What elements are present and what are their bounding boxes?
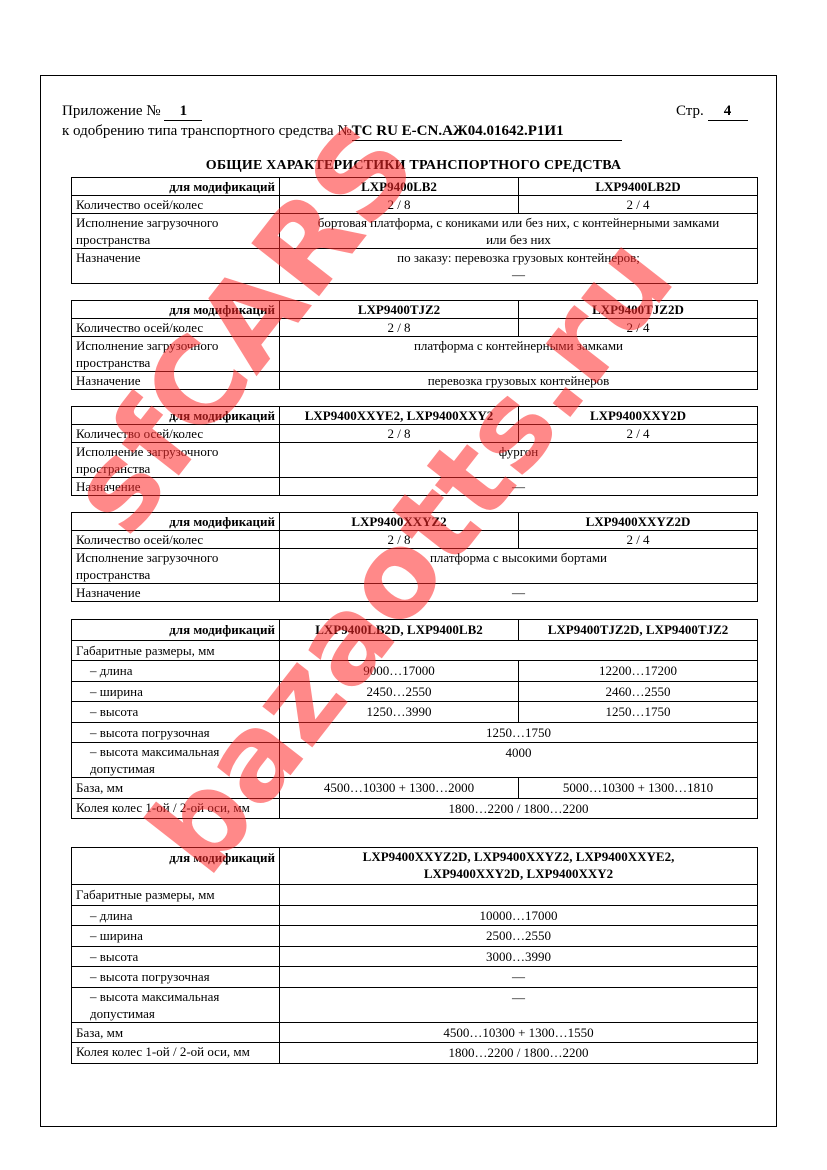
table-row: – высота погрузочная — [72,967,758,988]
table-row: База, мм 4500…10300 + 1300…1550 [72,1022,758,1043]
mods-line-2: LXP9400XXY2D, LXP9400XXY2 [284,865,753,882]
axles-a: 2 / 8 [280,319,519,337]
axles-label: Количество осей/колес [72,319,280,337]
height-a: 1250…3990 [280,702,519,723]
base-b: 5000…10300 + 1300…1810 [519,778,758,799]
table-row: Назначение — [72,478,758,496]
height-label: – высота [72,946,280,967]
mod-b: LXP9400TJZ2D, LXP9400TJZ2 [519,620,758,641]
page-number-line: Стр. 4 [676,102,748,121]
dims-label: Габаритные размеры, мм [72,885,280,906]
track-value: 1800…2200 / 1800…2200 [280,798,758,819]
dimensions-table-2: для модификаций LXP9400XXYZ2D, LXP9400XX… [71,847,758,1064]
table-row: для модификаций LXP9400LB2 LXP9400LB2D [72,178,758,196]
table-row: – ширина 2450…2550 2460…2550 [72,681,758,702]
table-row: для модификаций LXP9400TJZ2 LXP9400TJZ2D [72,301,758,319]
mod-b: LXP9400XXY2D [519,407,758,425]
load-height-label: – высота погрузочная [72,967,280,988]
mods-line-1: LXP9400XXYZ2D, LXP9400XXYZ2, LXP9400XXYE… [284,848,753,865]
mod-a: LXP9400LB2D, LXP9400LB2 [280,620,519,641]
page-title: ОБЩИЕ ХАРАКТЕРИСТИКИ ТРАНСПОРТНОГО СРЕДС… [0,158,827,174]
table-row: Назначение перевозка грузовых контейнеро… [72,372,758,390]
table-row: – длина 9000…17000 12200…17200 [72,661,758,682]
table-row: для модификаций LXP9400XXYZ2D, LXP9400XX… [72,848,758,885]
load-height-value: — [280,967,758,988]
page-number: 4 [724,103,732,119]
load-height-label: – высота погрузочная [72,722,280,743]
table-row: для модификаций LXP9400XXYZ2 LXP9400XXYZ… [72,513,758,531]
axles-a: 2 / 8 [280,425,519,443]
max-height-value: 4000 [280,743,758,778]
cargo-value: платформа с высокими бортами [280,549,758,584]
table-row: Колея колес 1-ой / 2-ой оси, мм 1800…220… [72,798,758,819]
table-row: для модификаций LXP9400XXYE2, LXP9400XXY… [72,407,758,425]
for-mods-label: для модификаций [72,848,280,885]
mods-value: LXP9400XXYZ2D, LXP9400XXYZ2, LXP9400XXYE… [280,848,758,885]
purpose-line-1: по заказу: перевозка грузовых контейнеро… [284,249,753,266]
for-mods-label: для модификаций [72,513,280,531]
table-row: – высота максимальная допустимая — [72,987,758,1022]
cargo-label: Исполнение загрузочного пространства [72,443,280,478]
axles-a: 2 / 8 [280,196,519,214]
spec-table-4: для модификаций LXP9400XXYZ2 LXP9400XXYZ… [71,512,758,602]
cargo-label: Исполнение загрузочного пространства [72,337,280,372]
appendix-line: Приложение № 1 [62,102,202,121]
for-mods-label: для модификаций [72,407,280,425]
table-row: Габаритные размеры, мм [72,640,758,661]
dims-label: Габаритные размеры, мм [72,640,280,661]
table-row: – длина 10000…17000 [72,905,758,926]
for-mods-label: для модификаций [72,301,280,319]
purpose-value: — [280,478,758,496]
appendix-number: 1 [180,103,188,119]
max-height-value: — [280,987,758,1022]
for-mods-label: для модификаций [72,178,280,196]
length-b: 12200…17200 [519,661,758,682]
track-label: Колея колес 1-ой / 2-ой оси, мм [72,798,280,819]
mod-a: LXP9400XXYZ2 [280,513,519,531]
page-label: Стр. [676,103,704,119]
approval-line: к одобрению типа транспортного средства … [62,122,622,141]
table-row: Количество осей/колес 2 / 8 2 / 4 [72,196,758,214]
width-b: 2460…2550 [519,681,758,702]
purpose-label: Назначение [72,372,280,390]
purpose-line-2: — [284,266,753,283]
purpose-label: Назначение [72,584,280,602]
table-row: База, мм 4500…10300 + 1300…2000 5000…103… [72,778,758,799]
table-row: – ширина 2500…2550 [72,926,758,947]
width-a: 2450…2550 [280,681,519,702]
table-row: Количество осей/колес 2 / 8 2 / 4 [72,425,758,443]
axles-b: 2 / 4 [519,425,758,443]
mod-b: LXP9400TJZ2D [519,301,758,319]
axles-b: 2 / 4 [519,319,758,337]
base-a: 4500…10300 + 1300…2000 [280,778,519,799]
height-value: 3000…3990 [280,946,758,967]
track-value: 1800…2200 / 1800…2200 [280,1043,758,1064]
table-row: – высота максимальная допустимая 4000 [72,743,758,778]
mod-b: LXP9400XXYZ2D [519,513,758,531]
length-a: 9000…17000 [280,661,519,682]
table-row: Количество осей/колес 2 / 8 2 / 4 [72,531,758,549]
width-label: – ширина [72,926,280,947]
base-label: База, мм [72,1022,280,1043]
width-label: – ширина [72,681,280,702]
dimensions-table-1: для модификаций LXP9400LB2D, LXP9400LB2 … [71,619,758,819]
axles-b: 2 / 4 [519,196,758,214]
purpose-label: Назначение [72,249,280,284]
table-row: Исполнение загрузочного пространства фур… [72,443,758,478]
axles-label: Количество осей/колес [72,425,280,443]
cargo-label: Исполнение загрузочного пространства [72,549,280,584]
table-row: Исполнение загрузочного пространства бор… [72,214,758,249]
table-row: – высота 3000…3990 [72,946,758,967]
cargo-value: платформа с контейнерными замками [280,337,758,372]
axles-label: Количество осей/колес [72,196,280,214]
mod-b: LXP9400LB2D [519,178,758,196]
approval-label: к одобрению типа транспортного средства … [62,123,352,139]
width-value: 2500…2550 [280,926,758,947]
track-label: Колея колес 1-ой / 2-ой оси, мм [72,1043,280,1064]
purpose-label: Назначение [72,478,280,496]
table-row: Колея колес 1-ой / 2-ой оси, мм 1800…220… [72,1043,758,1064]
base-value: 4500…10300 + 1300…1550 [280,1022,758,1043]
purpose-value: по заказу: перевозка грузовых контейнеро… [280,249,758,284]
base-label: База, мм [72,778,280,799]
spec-table-2: для модификаций LXP9400TJZ2 LXP9400TJZ2D… [71,300,758,390]
length-value: 10000…17000 [280,905,758,926]
max-height-label: – высота максимальная допустимая [72,743,280,778]
for-mods-label: для модификаций [72,620,280,641]
table-row: для модификаций LXP9400LB2D, LXP9400LB2 … [72,620,758,641]
load-height-value: 1250…1750 [280,722,758,743]
axles-a: 2 / 8 [280,531,519,549]
spec-table-3: для модификаций LXP9400XXYE2, LXP9400XXY… [71,406,758,496]
approval-number: ТС RU E-CN.АЖ04.01642.Р1И1 [352,123,564,139]
appendix-label: Приложение № [62,103,161,119]
table-row: – высота 1250…3990 1250…1750 [72,702,758,723]
mod-a: LXP9400XXYE2, LXP9400XXY2 [280,407,519,425]
cargo-value: бортовая платформа, с кониками или без н… [280,214,758,249]
table-row: Габаритные размеры, мм [72,885,758,906]
length-label: – длина [72,905,280,926]
cargo-label: Исполнение загрузочного пространства [72,214,280,249]
table-row: Исполнение загрузочного пространства пла… [72,549,758,584]
table-row: Исполнение загрузочного пространства пла… [72,337,758,372]
table-row: – высота погрузочная 1250…1750 [72,722,758,743]
spec-table-1: для модификаций LXP9400LB2 LXP9400LB2D К… [71,177,758,284]
height-b: 1250…1750 [519,702,758,723]
purpose-value: — [280,584,758,602]
mod-a: LXP9400LB2 [280,178,519,196]
table-row: Назначение — [72,584,758,602]
length-label: – длина [72,661,280,682]
table-row: Количество осей/колес 2 / 8 2 / 4 [72,319,758,337]
max-height-label: – высота максимальная допустимая [72,987,280,1022]
mod-a: LXP9400TJZ2 [280,301,519,319]
axles-b: 2 / 4 [519,531,758,549]
purpose-value: перевозка грузовых контейнеров [280,372,758,390]
height-label: – высота [72,702,280,723]
cargo-value: фургон [280,443,758,478]
table-row: Назначение по заказу: перевозка грузовых… [72,249,758,284]
axles-label: Количество осей/колес [72,531,280,549]
